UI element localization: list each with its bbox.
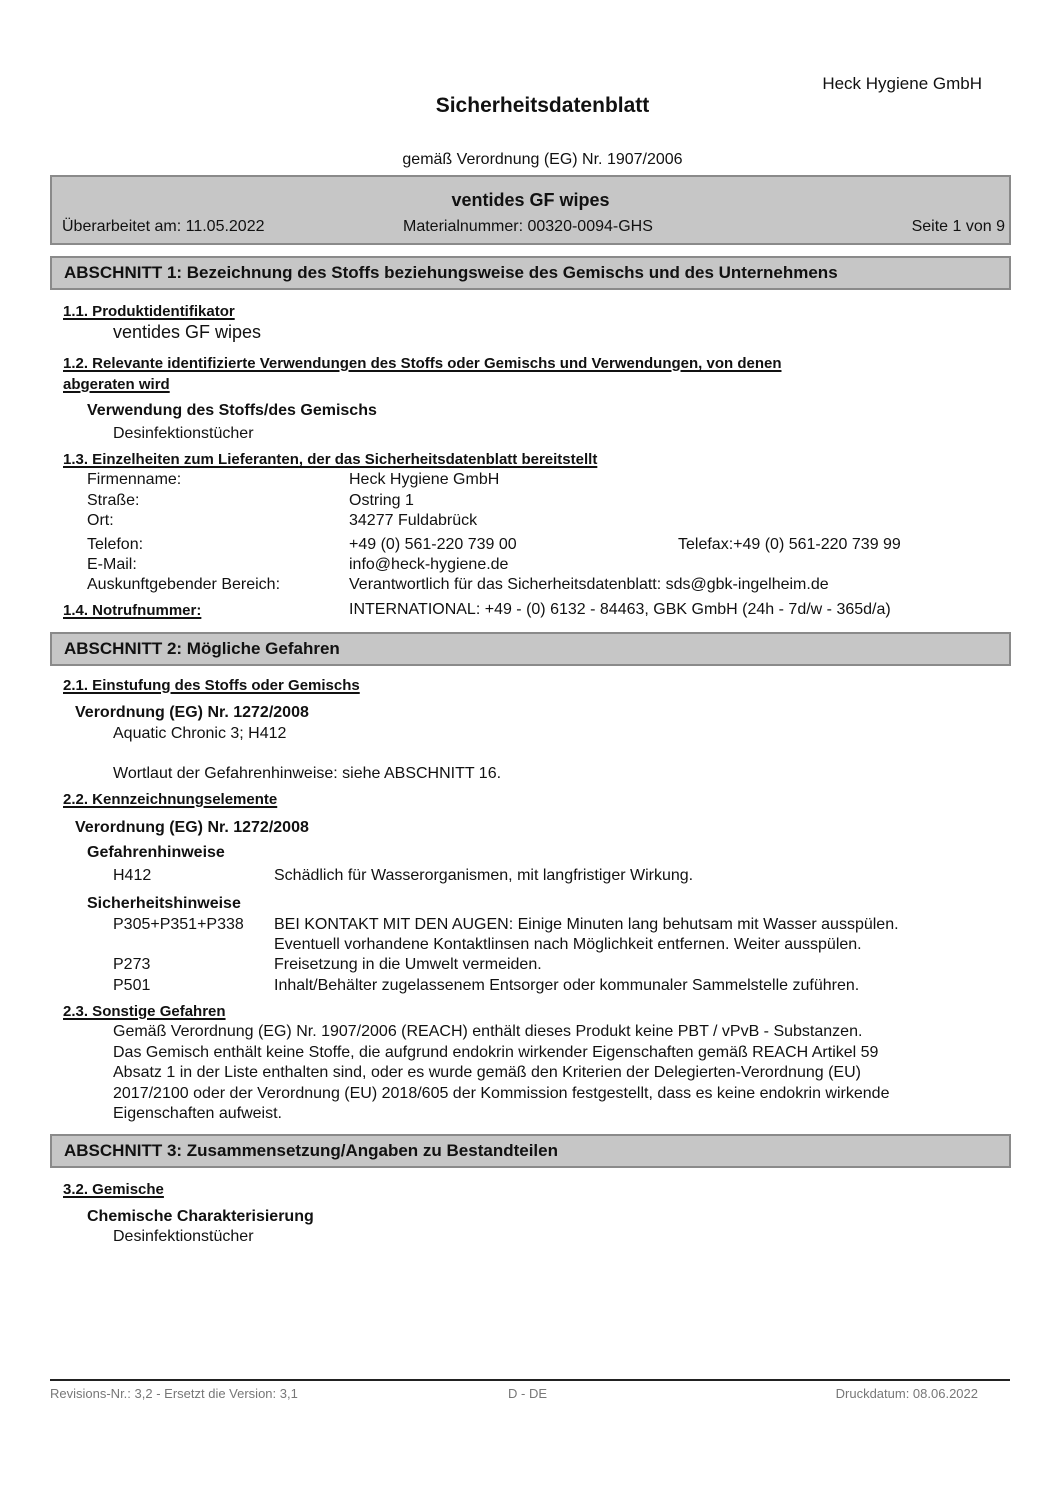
supplier-value-phone: +49 (0) 561-220 739 00: [349, 536, 517, 554]
subsection-1-1-title: 1.1. Produktidentifikator: [63, 303, 235, 320]
supplier-value-street: Ostring 1: [349, 492, 414, 510]
section-1-title: ABSCHNITT 1: Bezeichnung des Stoffs bezi…: [64, 263, 838, 283]
material-number: Materialnummer: 00320-0094-GHS: [403, 218, 653, 236]
use-label: Verwendung des Stoffs/des Gemischs: [87, 402, 377, 420]
document-title: Sicherheitsdatenblatt: [0, 94, 1058, 118]
subsection-2-2-title: 2.2. Kennzeichnungselemente: [63, 791, 277, 808]
subsection-1-2-title-cont: abgeraten wird: [63, 376, 170, 393]
subsection-1-4-title: 1.4. Notrufnummer:: [63, 602, 201, 619]
hazard-code: H412: [113, 867, 151, 885]
other-hazards-line: Gemäß Verordnung (EG) Nr. 1907/2006 (REA…: [113, 1023, 862, 1041]
other-hazards-line: 2017/2100 oder der Verordnung (EU) 2018/…: [113, 1085, 889, 1103]
supplier-label-info: Auskunftgebender Bereich:: [87, 576, 280, 594]
subsection-2-1-title: 2.1. Einstufung des Stoffs oder Gemischs: [63, 677, 360, 694]
supplier-label-phone: Telefon:: [87, 536, 143, 554]
classification-note: Wortlaut der Gefahrenhinweise: siehe ABS…: [113, 765, 501, 783]
precautionary-statements-label: Sicherheitshinweise: [87, 895, 241, 913]
precaution-text-cont: Eventuell vorhandene Kontaktlinsen nach …: [274, 936, 862, 954]
supplier-value-fax: Telefax:+49 (0) 561-220 739 99: [678, 536, 901, 554]
precaution-text: Inhalt/Behälter zugelassenem Entsorger o…: [274, 977, 859, 995]
hazard-statements-label: Gefahrenhinweise: [87, 844, 225, 862]
precaution-code: P273: [113, 956, 150, 974]
footer-divider: [50, 1379, 1010, 1381]
supplier-label-company: Firmenname:: [87, 471, 181, 489]
supplier-value-company: Heck Hygiene GmbH: [349, 471, 499, 489]
other-hazards-line: Eigenschaften aufweist.: [113, 1105, 282, 1123]
product-identifier: ventides GF wipes: [113, 322, 261, 343]
other-hazards-line: Absatz 1 in der Liste enthalten sind, od…: [113, 1064, 861, 1082]
classification-regulation: Verordnung (EG) Nr. 1272/2008: [75, 704, 309, 722]
footer-print-date: Druckdatum: 08.06.2022: [836, 1386, 978, 1401]
subsection-2-3-title: 2.3. Sonstige Gefahren: [63, 1003, 226, 1020]
precaution-text: Freisetzung in die Umwelt vermeiden.: [274, 956, 542, 974]
footer-revision: Revisions-Nr.: 3,2 - Ersetzt die Version…: [50, 1386, 298, 1401]
chemical-characterization-label: Chemische Charakterisierung: [87, 1208, 314, 1226]
supplier-label-email: E-Mail:: [87, 556, 137, 574]
subsection-1-2-title: 1.2. Relevante identifizierte Verwendung…: [63, 355, 782, 372]
section-2-header: ABSCHNITT 2: Mögliche Gefahren: [50, 632, 1011, 666]
product-name: ventides GF wipes: [52, 190, 1009, 211]
footer-language: D - DE: [508, 1386, 547, 1401]
supplier-label-street: Straße:: [87, 492, 139, 510]
product-header-box: ventides GF wipes Überarbeitet am: 11.05…: [50, 175, 1011, 245]
subsection-1-3-title: 1.3. Einzelheiten zum Lieferanten, der d…: [63, 451, 597, 468]
revision-date: Überarbeitet am: 11.05.2022: [62, 218, 265, 236]
precaution-text: BEI KONTAKT MIT DEN AUGEN: Einige Minute…: [274, 916, 899, 934]
section-1-header: ABSCHNITT 1: Bezeichnung des Stoffs bezi…: [50, 256, 1011, 290]
precaution-code: P501: [113, 977, 150, 995]
supplier-value-city: 34277 Fuldabrück: [349, 512, 477, 530]
use-value: Desinfektionstücher: [113, 425, 254, 443]
emergency-number: INTERNATIONAL: +49 - (0) 6132 - 84463, G…: [349, 601, 891, 619]
section-3-title: ABSCHNITT 3: Zusammensetzung/Angaben zu …: [64, 1141, 558, 1161]
section-2-title: ABSCHNITT 2: Mögliche Gefahren: [64, 639, 340, 659]
chemical-characterization-value: Desinfektionstücher: [113, 1228, 254, 1246]
classification-value: Aquatic Chronic 3; H412: [113, 725, 286, 743]
section-3-header: ABSCHNITT 3: Zusammensetzung/Angaben zu …: [50, 1134, 1011, 1168]
page-indicator: Seite 1 von 9: [912, 218, 1005, 236]
supplier-value-info: Verantwortlich für das Sicherheitsdatenb…: [349, 576, 829, 594]
labelling-regulation: Verordnung (EG) Nr. 1272/2008: [75, 819, 309, 837]
precaution-code: P305+P351+P338: [113, 916, 244, 934]
regulation-subtitle: gemäß Verordnung (EG) Nr. 1907/2006: [0, 151, 1058, 169]
subsection-3-2-title: 3.2. Gemische: [63, 1181, 164, 1198]
supplier-value-email: info@heck-hygiene.de: [349, 556, 508, 574]
supplier-label-city: Ort:: [87, 512, 114, 530]
hazard-text: Schädlich für Wasserorganismen, mit lang…: [274, 867, 693, 885]
company-name: Heck Hygiene GmbH: [822, 74, 982, 94]
other-hazards-line: Das Gemisch enthält keine Stoffe, die au…: [113, 1044, 878, 1062]
